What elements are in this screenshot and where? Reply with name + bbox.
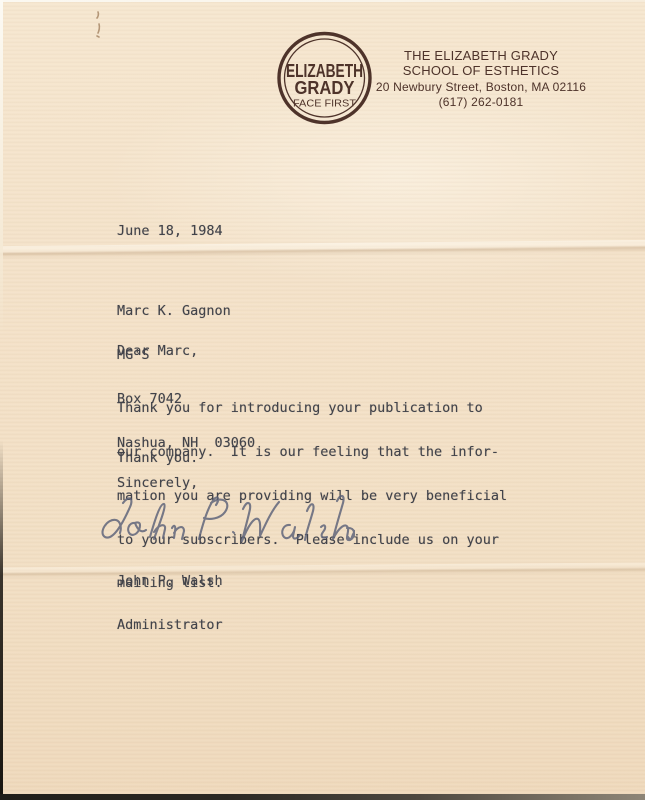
scan-edge-left <box>0 0 3 800</box>
signature-block: John P. Walsh Administrator <box>117 545 223 662</box>
logo-word-grady: GRADY <box>295 77 356 98</box>
org-phone: (617) 262-0181 <box>355 95 607 110</box>
pre-closing: Thank you. <box>117 451 198 466</box>
closing: Sincerely, <box>117 476 198 491</box>
pen-mark <box>92 10 106 40</box>
salutation: Dear Marc, <box>117 344 198 359</box>
body-line: Thank you for introducing your publicati… <box>117 401 507 416</box>
scan-edge-bottom <box>0 794 645 800</box>
recipient-name: Marc K. Gagnon <box>117 304 255 319</box>
logo-tagline: FACE FIRST <box>293 98 357 110</box>
letter-date: June 18, 1984 <box>117 224 223 239</box>
typed-signer-name: John P. Walsh <box>117 574 223 589</box>
letterhead-org-block: THE ELIZABETH GRADY SCHOOL OF ESTHETICS … <box>355 48 607 109</box>
handwritten-signature <box>93 491 355 553</box>
typed-signer-title: Administrator <box>117 618 223 633</box>
org-name-line1: THE ELIZABETH GRADY <box>355 48 607 63</box>
org-name-line2: SCHOOL OF ESTHETICS <box>355 63 607 78</box>
fold-crease-upper <box>0 240 645 259</box>
scanned-letter-page: ELIZABETH GRADY FACE FIRST THE ELIZABETH… <box>0 0 645 800</box>
org-address: 20 Newbury Street, Boston, MA 02116 <box>355 80 607 95</box>
scan-edge-top <box>0 0 645 2</box>
